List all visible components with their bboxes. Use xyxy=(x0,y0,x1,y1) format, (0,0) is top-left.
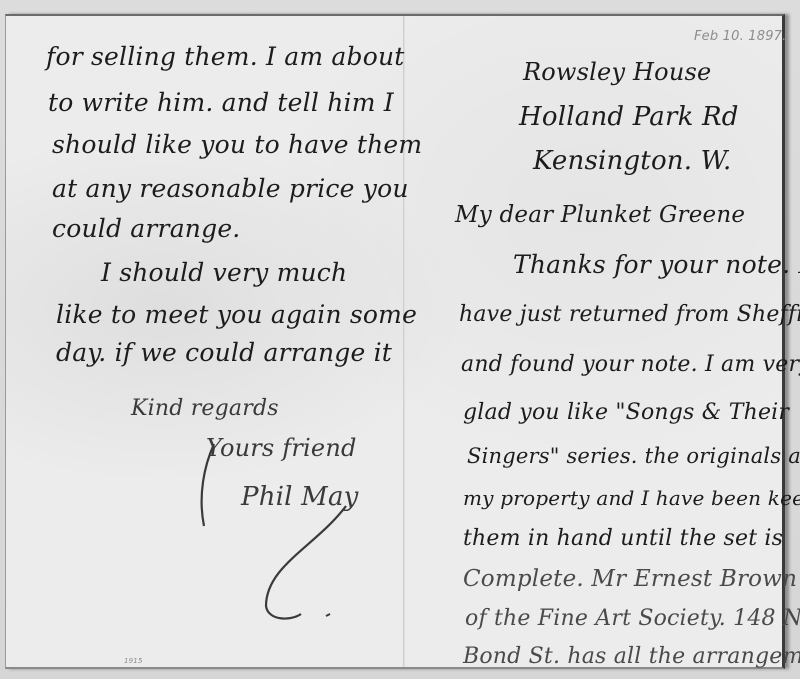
address-line: Kensington. W. xyxy=(533,148,732,174)
handwritten-line: glad you like "Songs & Their xyxy=(463,402,789,424)
handwritten-line: Complete. Mr Ernest Brown xyxy=(463,568,797,591)
handwritten-line: them in hand until the set is xyxy=(463,528,783,550)
salutation: My dear Plunket Greene xyxy=(455,204,745,227)
handwritten-line: Bond St. has all the arrangements xyxy=(463,646,800,668)
left-page: for selling them. I am about to write hi… xyxy=(6,16,403,667)
handwritten-line: at any reasonable price you xyxy=(52,176,409,201)
handwritten-line: I should very much xyxy=(101,260,347,285)
right-page: Feb 10. 1897. Rowsley House Holland Park… xyxy=(405,16,783,667)
address-line: Rowsley House xyxy=(523,60,711,84)
handwritten-line: have just returned from Sheffield xyxy=(459,304,800,326)
handwritten-line: Thanks for your note. I xyxy=(513,252,800,277)
handwritten-line: of the Fine Art Society. 148 New xyxy=(465,608,800,630)
archive-date-note: Feb 10. 1897. xyxy=(694,30,786,43)
handwritten-line: like to meet you again some xyxy=(56,302,417,327)
handwritten-line: could arrange. xyxy=(52,216,240,241)
signature: Phil May xyxy=(241,484,359,510)
signature-flourish xyxy=(196,436,376,626)
archive-mark: 1915 xyxy=(124,658,143,665)
handwritten-line: Singers" series. the originals are xyxy=(467,446,800,467)
closing-regards: Kind regards xyxy=(131,398,279,420)
handwritten-line: for selling them. I am about xyxy=(46,44,405,69)
handwritten-line: and found your note. I am very xyxy=(461,354,800,376)
letter-sheet: for selling them. I am about to write hi… xyxy=(5,14,785,669)
handwritten-line: my property and I have been keeping xyxy=(463,488,800,508)
handwritten-line: should like you to have them xyxy=(52,132,422,157)
address-line: Holland Park Rd xyxy=(519,104,739,130)
handwritten-line: day. if we could arrange it xyxy=(56,340,392,365)
handwritten-line: to write him. and tell him I xyxy=(48,90,394,115)
closing-valediction: Yours friend xyxy=(206,436,357,460)
